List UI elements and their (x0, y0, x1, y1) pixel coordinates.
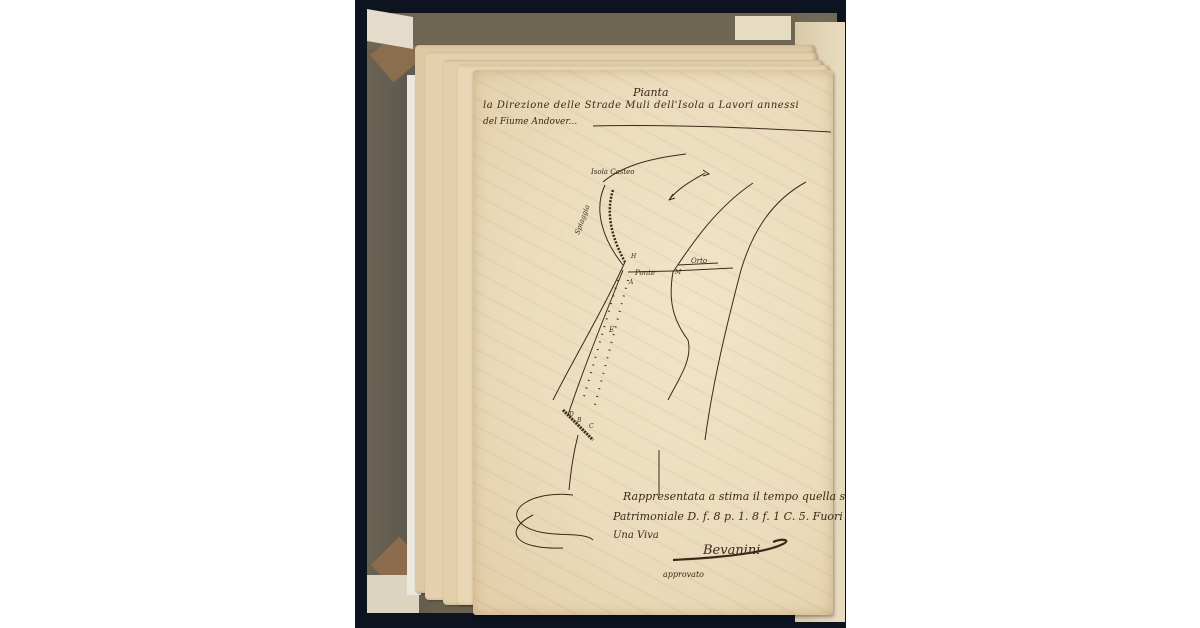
map-label-top: Isola Casteo (590, 168, 635, 176)
signature-subtitle: approvato (663, 570, 704, 579)
svg-text:H: H (630, 253, 637, 260)
closing-line-1: Rappresentata a stima il tempo quella st… (623, 490, 846, 503)
svg-text:C: C (589, 423, 594, 430)
svg-text:A: A (628, 279, 634, 286)
signature-name: Bevanini (703, 543, 760, 558)
svg-text:E: E (608, 326, 614, 334)
svg-text:B: B (576, 417, 582, 424)
document-photograph: 1 Pianta la Direzione delle Strade Muli … (355, 0, 846, 628)
map-label-left: Spiaggia (573, 204, 591, 236)
map-label-right: Orto (691, 257, 707, 265)
map-label-bridge: Ponte (634, 269, 655, 277)
corner-tape-top-right (735, 16, 791, 40)
closing-line-3: Una Viva (613, 530, 659, 541)
svg-text:D: D (568, 411, 574, 418)
closing-line-2: Patrimoniale D. f. 8 p. 1. 8 f. 1 C. 5. … (613, 510, 843, 523)
board-top-edge (367, 13, 797, 49)
svg-text:M: M (674, 269, 682, 276)
manuscript-page: Pianta la Direzione delle Strade Muli de… (473, 70, 833, 615)
